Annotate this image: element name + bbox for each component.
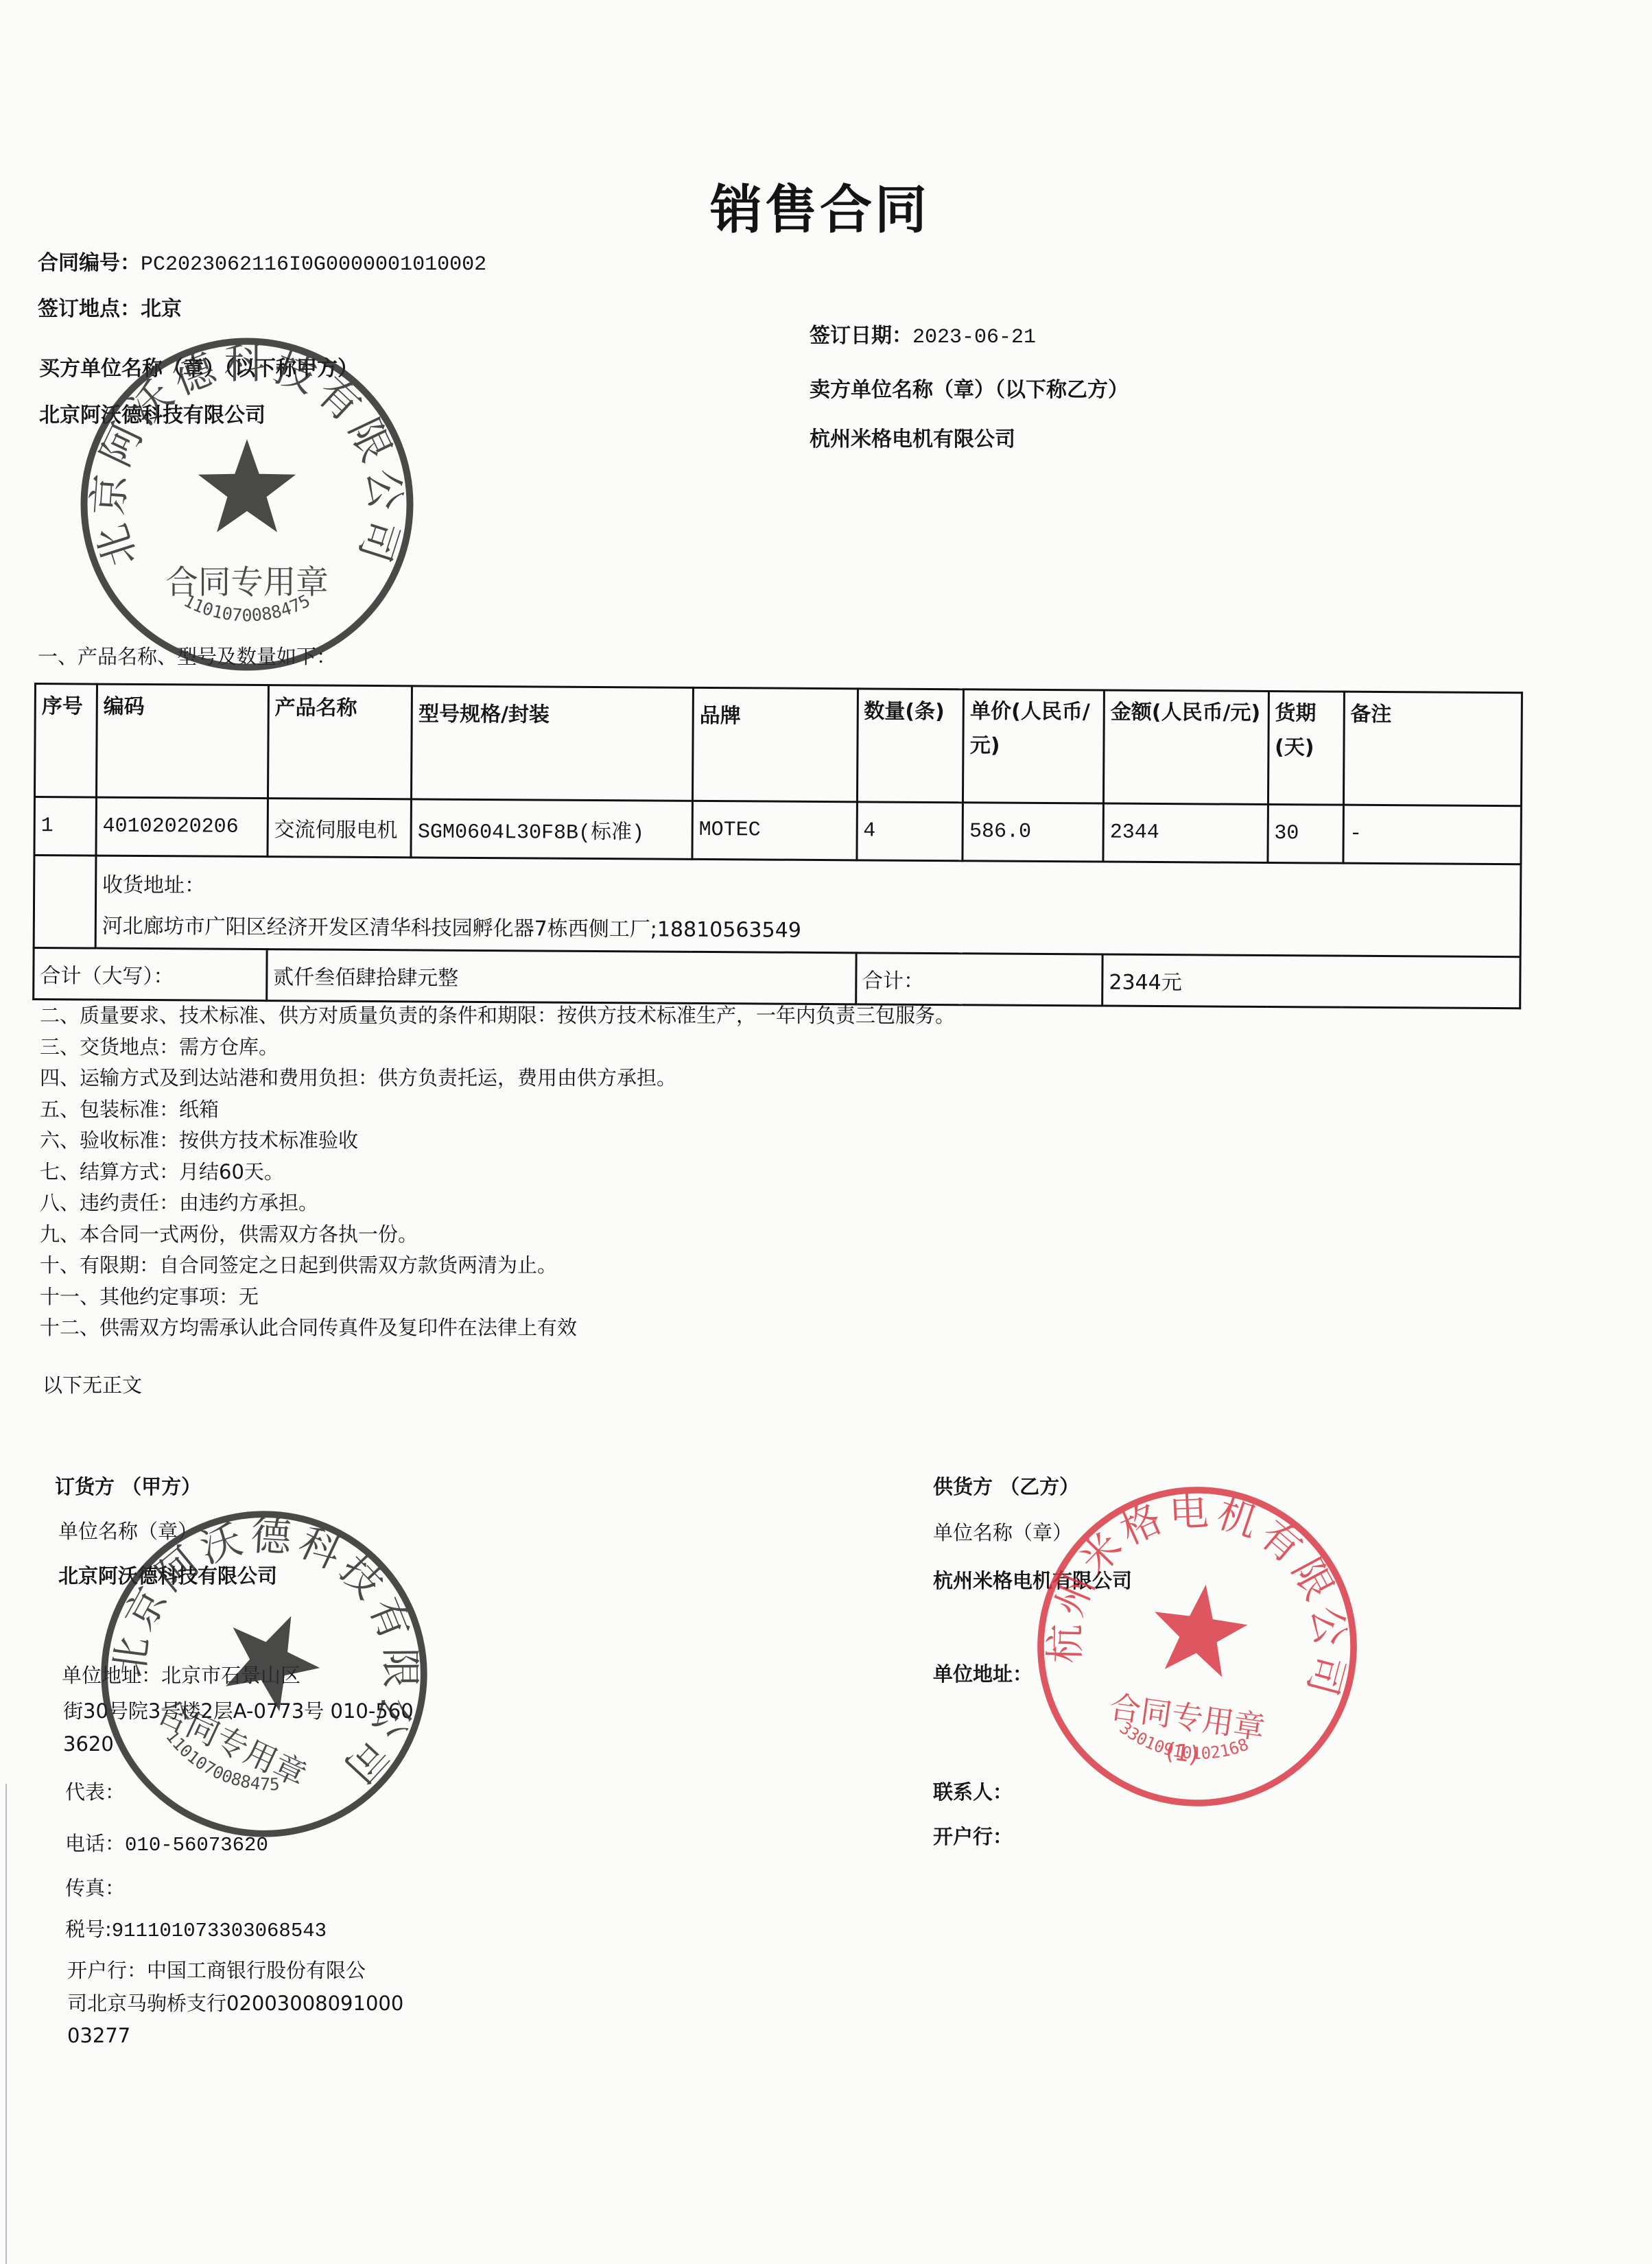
- address-spacer-cell: [34, 856, 96, 949]
- section-1-heading: 一、产品名称、型号及数量如下：: [38, 641, 336, 670]
- party-a-tax: 税号:91110107330306854​3: [65, 1914, 327, 1942]
- party-a-phone: 电话：010-56073620: [65, 1828, 268, 1856]
- party-a-bank-line3: 03277: [67, 2024, 130, 2047]
- party-b-name: 杭州米格电机有限公司: [933, 1566, 1132, 1594]
- svg-text:1101070088475: 1101070088475: [155, 1723, 287, 1809]
- cell-lead-time: 30: [1268, 804, 1343, 863]
- col-header-remark: 备注: [1343, 692, 1522, 806]
- party-b-heading: 供货方 （乙方）: [933, 1472, 1079, 1500]
- clause-item: 三、交货地点：需方仓库。: [40, 1032, 279, 1060]
- col-header-product: 产品名称: [268, 685, 412, 799]
- svg-text:合同专用章: 合同专用章: [165, 564, 329, 602]
- cell-code: 40102020206: [96, 797, 268, 857]
- col-header-lead-time: 货期(天): [1268, 691, 1344, 805]
- clause-item: 六、验收标准：按供方技术标准验收: [40, 1125, 358, 1153]
- svg-text:33010910102168: 33010910102168: [1113, 1717, 1253, 1771]
- party-a-address-line3: 3620: [63, 1732, 114, 1756]
- clause-item: 二、质量要求、技术标准、供方对质量负责的条件和期限：按供方技术标准生产，一年内负…: [40, 1000, 955, 1028]
- party-b-bank-label: 开户行：: [933, 1821, 1013, 1850]
- sign-date-label: 签订日期：: [810, 324, 912, 348]
- party-a-tax-value: 91110107330306854​3: [112, 1920, 327, 1942]
- col-header-brand: 品牌: [692, 687, 858, 801]
- party-a-address-line2: 街30号院3号楼2层A-0773号 010-560: [63, 1696, 414, 1724]
- clause-item: 十一、其他约定事项：无: [40, 1282, 259, 1310]
- seller-name: 杭州米格电机有限公司: [810, 422, 1015, 452]
- sign-place-label: 签订地点：: [38, 297, 141, 321]
- col-header-quantity: 数量(条): [857, 689, 964, 803]
- contract-number-label: 合同编号：: [38, 251, 141, 275]
- clause-item: 五、包装标准：纸箱: [40, 1094, 219, 1122]
- buyer-name: 北京阿沃德科技有限公司: [39, 398, 265, 428]
- party-a-phone-label: 电话：: [65, 1832, 125, 1855]
- cell-remark: -: [1343, 805, 1521, 864]
- table-row: 1 40102020206 交流伺服电机 SGM0604L30F8B(标准) M…: [34, 797, 1521, 864]
- party-a-name: 北京阿沃德科技有限公司: [58, 1561, 277, 1589]
- buyer-label: 买方单位名称（章）（以下称甲方）: [39, 351, 358, 381]
- document-title: 销售合同: [710, 168, 930, 243]
- party-a-heading: 订货方 （甲方）: [55, 1472, 201, 1500]
- party-b-contact-label: 联系人：: [933, 1777, 1013, 1805]
- svg-text:1101070088475: 1101070088475: [180, 591, 313, 626]
- cell-amount: 2344: [1103, 803, 1268, 862]
- party-a-address-line1: 北京市石景山区: [161, 1664, 300, 1687]
- clause-item: 九、本合同一式两份，供需双方各执一份。: [40, 1219, 418, 1247]
- col-header-model: 型号规格/封装: [412, 686, 694, 801]
- delivery-address-label: 收货地址：: [102, 868, 1514, 907]
- sign-date-value: 2023-06-21: [912, 326, 1036, 349]
- cell-brand: MOTEC: [692, 801, 857, 860]
- cell-product: 交流伺服电机: [268, 799, 412, 858]
- party-a-tax-label: 税号:: [65, 1918, 112, 1941]
- cell-index: 1: [34, 797, 96, 856]
- party-a-name-label: 单位名称（章）: [58, 1516, 198, 1544]
- clause-item: 七、结算方式：月结60天。: [40, 1157, 284, 1185]
- total-upper-label: 合计（大写）：: [34, 948, 267, 1001]
- cell-unit-price: 586.0: [963, 803, 1103, 862]
- party-a-rep-label: 代表：: [65, 1777, 125, 1805]
- sign-date: 签订日期：2023-06-21: [810, 318, 1036, 349]
- delivery-address-row: 收货地址： 河北廊坊市广阳区经济开发区清华科技园孵化器7栋西侧工厂;188105…: [34, 856, 1521, 957]
- clause-item: 四、运输方式及到达站港和费用负担：供方负责托运，费用由供方承担。: [40, 1063, 676, 1091]
- total-label: 合计：: [855, 953, 1102, 1006]
- delivery-address-value: 河北廊坊市广阳区经济开发区清华科技园孵化器7栋西侧工厂;18810563549: [102, 909, 1514, 948]
- cell-quantity: 4: [857, 802, 963, 861]
- col-header-code: 编码: [96, 684, 268, 799]
- end-note: 以下无正文: [43, 1370, 142, 1398]
- total-value: 2344元: [1102, 954, 1520, 1009]
- scan-edge-line: [5, 1784, 7, 2264]
- clause-item: 十、有限期：自合同签定之日起到供需双方款货两清为止。: [40, 1250, 557, 1278]
- delivery-address-cell: 收货地址： 河北廊坊市广阳区经济开发区清华科技园孵化器7栋西侧工厂;188105…: [95, 856, 1521, 957]
- party-b-name-label: 单位名称（章）: [933, 1518, 1072, 1546]
- svg-text:北京阿沃德科技有限公司: 北京阿沃德科技有限公司: [91, 1460, 477, 1802]
- party-a-bank: 开户行：中国工商银行股份有限公: [67, 1955, 366, 1983]
- party-a-address: 单位地址：北京市石景山区: [62, 1660, 300, 1688]
- total-row: 合计（大写）： 贰仟叁佰肆拾肆元整 合计： 2344元: [34, 948, 1520, 1009]
- party-a-address-label: 单位地址：: [62, 1664, 161, 1687]
- seller-label: 卖方单位名称（章）（以下称乙方）: [810, 373, 1129, 403]
- buyer-seal-stamp: 北京阿沃德科技有限公司 合同专用章 1101070088475: [75, 333, 418, 676]
- sign-place-value: 北京: [141, 297, 182, 321]
- contract-number-value: PC2023062116I0G0000001010002: [141, 253, 486, 276]
- col-header-unit-price: 单价(人民币/元): [963, 689, 1105, 803]
- seller-seal-stamp: 杭州米格电机有限公司 合同专用章(1) 33010910102168: [1011, 1461, 1383, 1832]
- product-table: 序号 编码 产品名称 型号规格/封装 品牌 数量(条) 单价(人民币/元) 金额…: [32, 683, 1523, 1009]
- party-b-address-label: 单位地址：: [933, 1659, 1032, 1687]
- party-a-fax-label: 传真：: [65, 1873, 125, 1901]
- svg-text:合同专用章: 合同专用章: [1107, 1688, 1267, 1746]
- total-upper-value: 贰仟叁佰肆拾肆元整: [266, 950, 855, 1004]
- table-header-row: 序号 编码 产品名称 型号规格/封装 品牌 数量(条) 单价(人民币/元) 金额…: [34, 684, 1522, 806]
- clause-item: 八、违约责任：由违约方承担。: [40, 1188, 318, 1216]
- party-a-bank-line2: 司北京马驹桥支行02003008091000: [67, 1988, 403, 2016]
- clause-item: 十二、供需双方均需承认此合同传真件及复印件在法律上有效: [40, 1312, 577, 1341]
- svg-text:(1): (1): [1164, 1737, 1201, 1768]
- party-a-bank-label: 开户行：: [67, 1959, 147, 1982]
- party-a-bank-line1: 中国工商银行股份有限公: [147, 1959, 366, 1982]
- party-a-phone-value: 010-56073620: [125, 1834, 268, 1856]
- col-header-index: 序号: [34, 684, 97, 798]
- contract-number: 合同编号：PC2023062116I0G0000001010002: [38, 246, 486, 276]
- sign-place: 签订地点：北京: [38, 292, 182, 322]
- col-header-amount: 金额(人民币/元): [1104, 690, 1269, 804]
- cell-model: SGM0604L30F8B(标准): [411, 799, 692, 860]
